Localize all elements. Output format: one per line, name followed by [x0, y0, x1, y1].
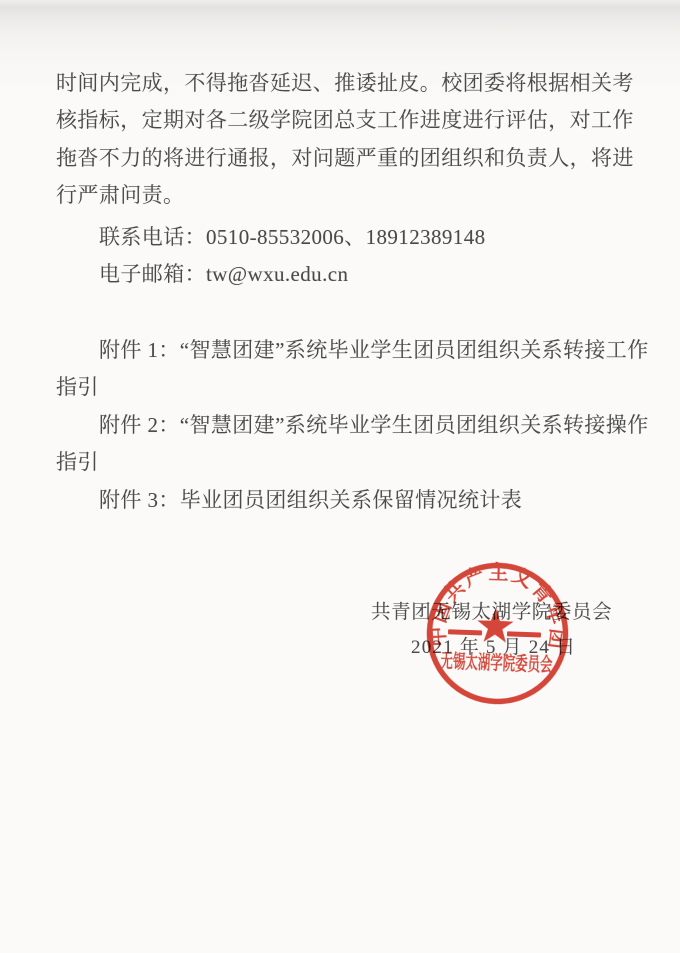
body-line-3: 拖沓不力的将进行通报，对问题严重的团组织和负责人，将进 [56, 145, 634, 171]
body-line-2: 核指标，定期对各二级学院团总支工作进度进行评估，对工作 [56, 107, 634, 133]
contact-phone: 联系电话：0510-85532006、18912389148 [99, 224, 486, 250]
attachment-2-line-1: 附件 2：“智慧团建”系统毕业学生团员团组织关系转接操作 [99, 412, 649, 438]
attachment-3-line-1: 附件 3：毕业团员团组织关系保留情况统计表 [99, 487, 522, 513]
seal-bottom-text: 无锡太湖学院委员会 [440, 649, 553, 676]
seal-bar-left-icon [448, 629, 482, 635]
body-line-1: 时间内完成，不得拖沓延迟、推诿扯皮。校团委将根据相关考 [56, 70, 634, 96]
seal-bar-right-icon [507, 631, 541, 637]
scanned-document-page: 时间内完成，不得拖沓延迟、推诿扯皮。校团委将根据相关考 核指标，定期对各二级学院… [0, 0, 680, 953]
seal-arc-text: 中国共产主义青年团 [424, 559, 572, 653]
attachment-1-line-2: 指引 [56, 374, 99, 400]
official-seal: 中国共产主义青年团 无锡太湖学院委员会 [421, 557, 573, 709]
contact-email: 电子邮箱：tw@wxu.edu.cn [99, 261, 348, 287]
attachment-1-line-1: 附件 1：“智慧团建”系统毕业学生团员团组织关系转接工作 [99, 337, 649, 363]
attachment-2-line-2: 指引 [56, 449, 99, 475]
body-line-4: 行严肃问责。 [56, 182, 184, 208]
seal-star-icon [477, 607, 514, 643]
